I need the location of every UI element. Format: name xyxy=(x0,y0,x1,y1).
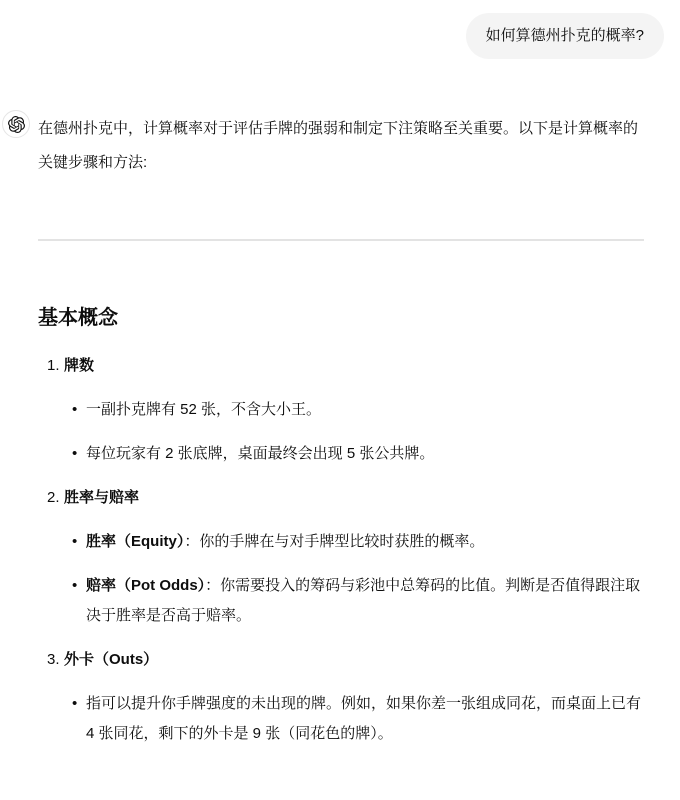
bullet-dot: • xyxy=(72,439,86,469)
bullet-text: 一副扑克牌有 52 张，不含大小王。 xyxy=(86,401,321,418)
bullet-dot: • xyxy=(72,527,86,557)
bullet-content: 赔率（Pot Odds）：你需要投入的筹码与彩池中总筹码的比值。判断是否值得跟注… xyxy=(86,571,644,631)
user-message-text: 如何算德州扑克的概率? xyxy=(486,27,644,44)
list-item-title: 牌数 xyxy=(64,351,94,381)
assistant-message-row: 在德州扑克中，计算概率对于评估手牌的强弱和制定下注策略至关重要。以下是计算概率的… xyxy=(0,110,680,763)
section-heading: 基本概念 xyxy=(38,305,644,331)
bullet-item: • 一副扑克牌有 52 张，不含大小王。 xyxy=(38,395,644,425)
bullet-content: 每位玩家有 2 张底牌，桌面最终会出现 5 张公共牌。 xyxy=(86,439,644,469)
bullet-item: • 赔率（Pot Odds）：你需要投入的筹码与彩池中总筹码的比值。判断是否值得… xyxy=(38,571,644,631)
list-item-number: 3. xyxy=(47,645,64,675)
bullet-dot: • xyxy=(72,395,86,425)
bullet-content: 胜率（Equity）：你的手牌在与对手牌型比较时获胜的概率。 xyxy=(86,527,644,557)
list-item-head: 1. 牌数 xyxy=(38,351,644,381)
section-divider xyxy=(38,239,644,241)
list-item-head: 3. 外卡（Outs） xyxy=(38,645,644,675)
assistant-message-content: 在德州扑克中，计算概率对于评估手牌的强弱和制定下注策略至关重要。以下是计算概率的… xyxy=(38,110,644,763)
openai-logo-icon xyxy=(8,116,25,133)
chat-page: 如何算德州扑克的概率? 在德州扑克中，计算概率对于评估手牌的强弱和制定下注策略至… xyxy=(0,0,680,763)
list-item-head: 2. 胜率与赔率 xyxy=(38,483,644,513)
list-item-title: 外卡（Outs） xyxy=(64,645,158,675)
bullet-item: • 每位玩家有 2 张底牌，桌面最终会出现 5 张公共牌。 xyxy=(38,439,644,469)
user-message-bubble: 如何算德州扑克的概率? xyxy=(466,13,664,59)
bullet-item: • 胜率（Equity）：你的手牌在与对手牌型比较时获胜的概率。 xyxy=(38,527,644,557)
list-item-title: 胜率与赔率 xyxy=(64,483,139,513)
bullet-item: • 指可以提升你手牌强度的未出现的牌。例如，如果你差一张组成同花，而桌面上已有 … xyxy=(38,689,644,749)
bullet-term: 赔率（Pot Odds） xyxy=(86,577,205,594)
list-item-card-count: 1. 牌数 • 一副扑克牌有 52 张，不含大小王。 • 每位玩家有 2 张底牌… xyxy=(38,351,644,469)
bullet-dot: • xyxy=(72,571,86,631)
concept-list: 1. 牌数 • 一副扑克牌有 52 张，不含大小王。 • 每位玩家有 2 张底牌… xyxy=(38,351,644,749)
bullet-text: ：你的手牌在与对手牌型比较时获胜的概率。 xyxy=(184,533,484,550)
bullet-text: 指可以提升你手牌强度的未出现的牌。例如，如果你差一张组成同花，而桌面上已有 4 … xyxy=(86,695,641,742)
assistant-avatar xyxy=(2,110,30,138)
intro-paragraph: 在德州扑克中，计算概率对于评估手牌的强弱和制定下注策略至关重要。以下是计算概率的… xyxy=(38,110,644,180)
list-item-outs: 3. 外卡（Outs） • 指可以提升你手牌强度的未出现的牌。例如，如果你差一张… xyxy=(38,645,644,749)
list-item-number: 1. xyxy=(47,351,64,381)
list-item-equity-odds: 2. 胜率与赔率 • 胜率（Equity）：你的手牌在与对手牌型比较时获胜的概率… xyxy=(38,483,644,631)
bullet-content: 一副扑克牌有 52 张，不含大小王。 xyxy=(86,395,644,425)
bullet-dot: • xyxy=(72,689,86,749)
user-message-row: 如何算德州扑克的概率? xyxy=(0,13,680,59)
bullet-term: 胜率（Equity） xyxy=(86,533,184,550)
list-item-number: 2. xyxy=(47,483,64,513)
bullet-text: 每位玩家有 2 张底牌，桌面最终会出现 5 张公共牌。 xyxy=(86,445,434,462)
bullet-content: 指可以提升你手牌强度的未出现的牌。例如，如果你差一张组成同花，而桌面上已有 4 … xyxy=(86,689,644,749)
